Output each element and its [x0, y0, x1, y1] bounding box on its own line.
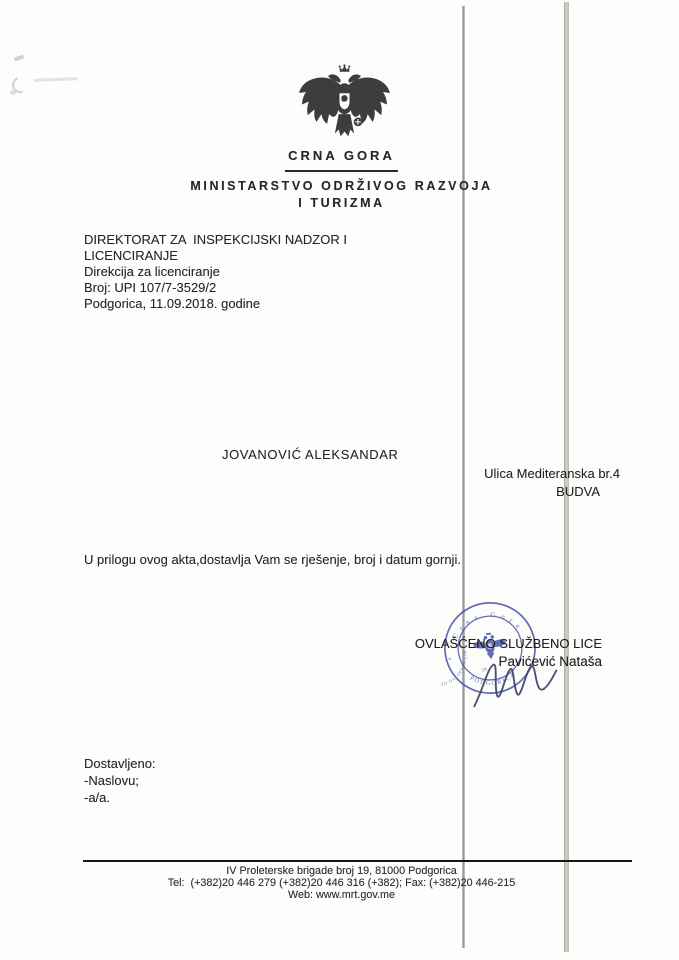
ministry-title-line2: I TURIZMA: [2, 196, 679, 210]
recipient-street: Ulica Mediteranska br.4: [484, 466, 620, 481]
scan-smudge: [10, 90, 16, 95]
delivery-item: -a/a.: [84, 789, 156, 806]
scanned-letter-page: CRNA GORA MINISTARSTVO ODRŽIVOG RAZVOJA …: [0, 0, 679, 960]
place-and-date: Podgorica, 11.09.2018. godine: [84, 296, 347, 312]
coat-of-arms-icon: [296, 64, 393, 146]
country-title: CRNA GORA: [2, 148, 679, 163]
footer-web: Web: www.mrt.gov.me: [2, 889, 679, 901]
recipient-name: JOVANOVIĆ ALEKSANDAR: [222, 447, 398, 462]
header-divider: [285, 170, 398, 172]
authorized-officer-title: OVLAŠĆENO SLUŽBENO LICE: [415, 636, 602, 651]
delivery-label: Dostavljeno:: [84, 755, 156, 772]
directorate-line2: LICENCIRANJE: [84, 248, 347, 264]
footer-divider: [83, 860, 632, 862]
authorized-officer-name: Pavićević Nataša: [498, 654, 602, 669]
footer-address: IV Proleterske brigade broj 19, 81000 Po…: [2, 865, 679, 877]
footer-contacts: Tel: (+382)20 446 279 (+382)20 446 316 (…: [2, 877, 679, 889]
recipient-city: BUDVA: [556, 484, 600, 499]
delivery-item: -Naslovu;: [84, 772, 156, 789]
letterhead-block: DIREKTORAT ZA INSPEKCIJSKI NADZOR I LICE…: [84, 232, 347, 312]
ministry-title-line1: MINISTARSTVO ODRŽIVOG RAZVOJA: [2, 179, 679, 193]
scan-smudge: [14, 54, 25, 61]
department-line: Direkcija za licenciranje: [84, 264, 347, 280]
stamp-star-left: *: [448, 657, 453, 664]
directorate-line1: DIREKTORAT ZA INSPEKCIJSKI NADZOR I: [84, 232, 347, 248]
letter-body-text: U prilogu ovog akta,dostavlja Vam se rje…: [84, 552, 461, 567]
delivery-note-block: Dostavljeno: -Naslovu; -a/a.: [84, 755, 156, 806]
case-number: Broj: UPI 107/7-3529/2: [84, 280, 347, 296]
scan-smudge: [34, 77, 78, 82]
